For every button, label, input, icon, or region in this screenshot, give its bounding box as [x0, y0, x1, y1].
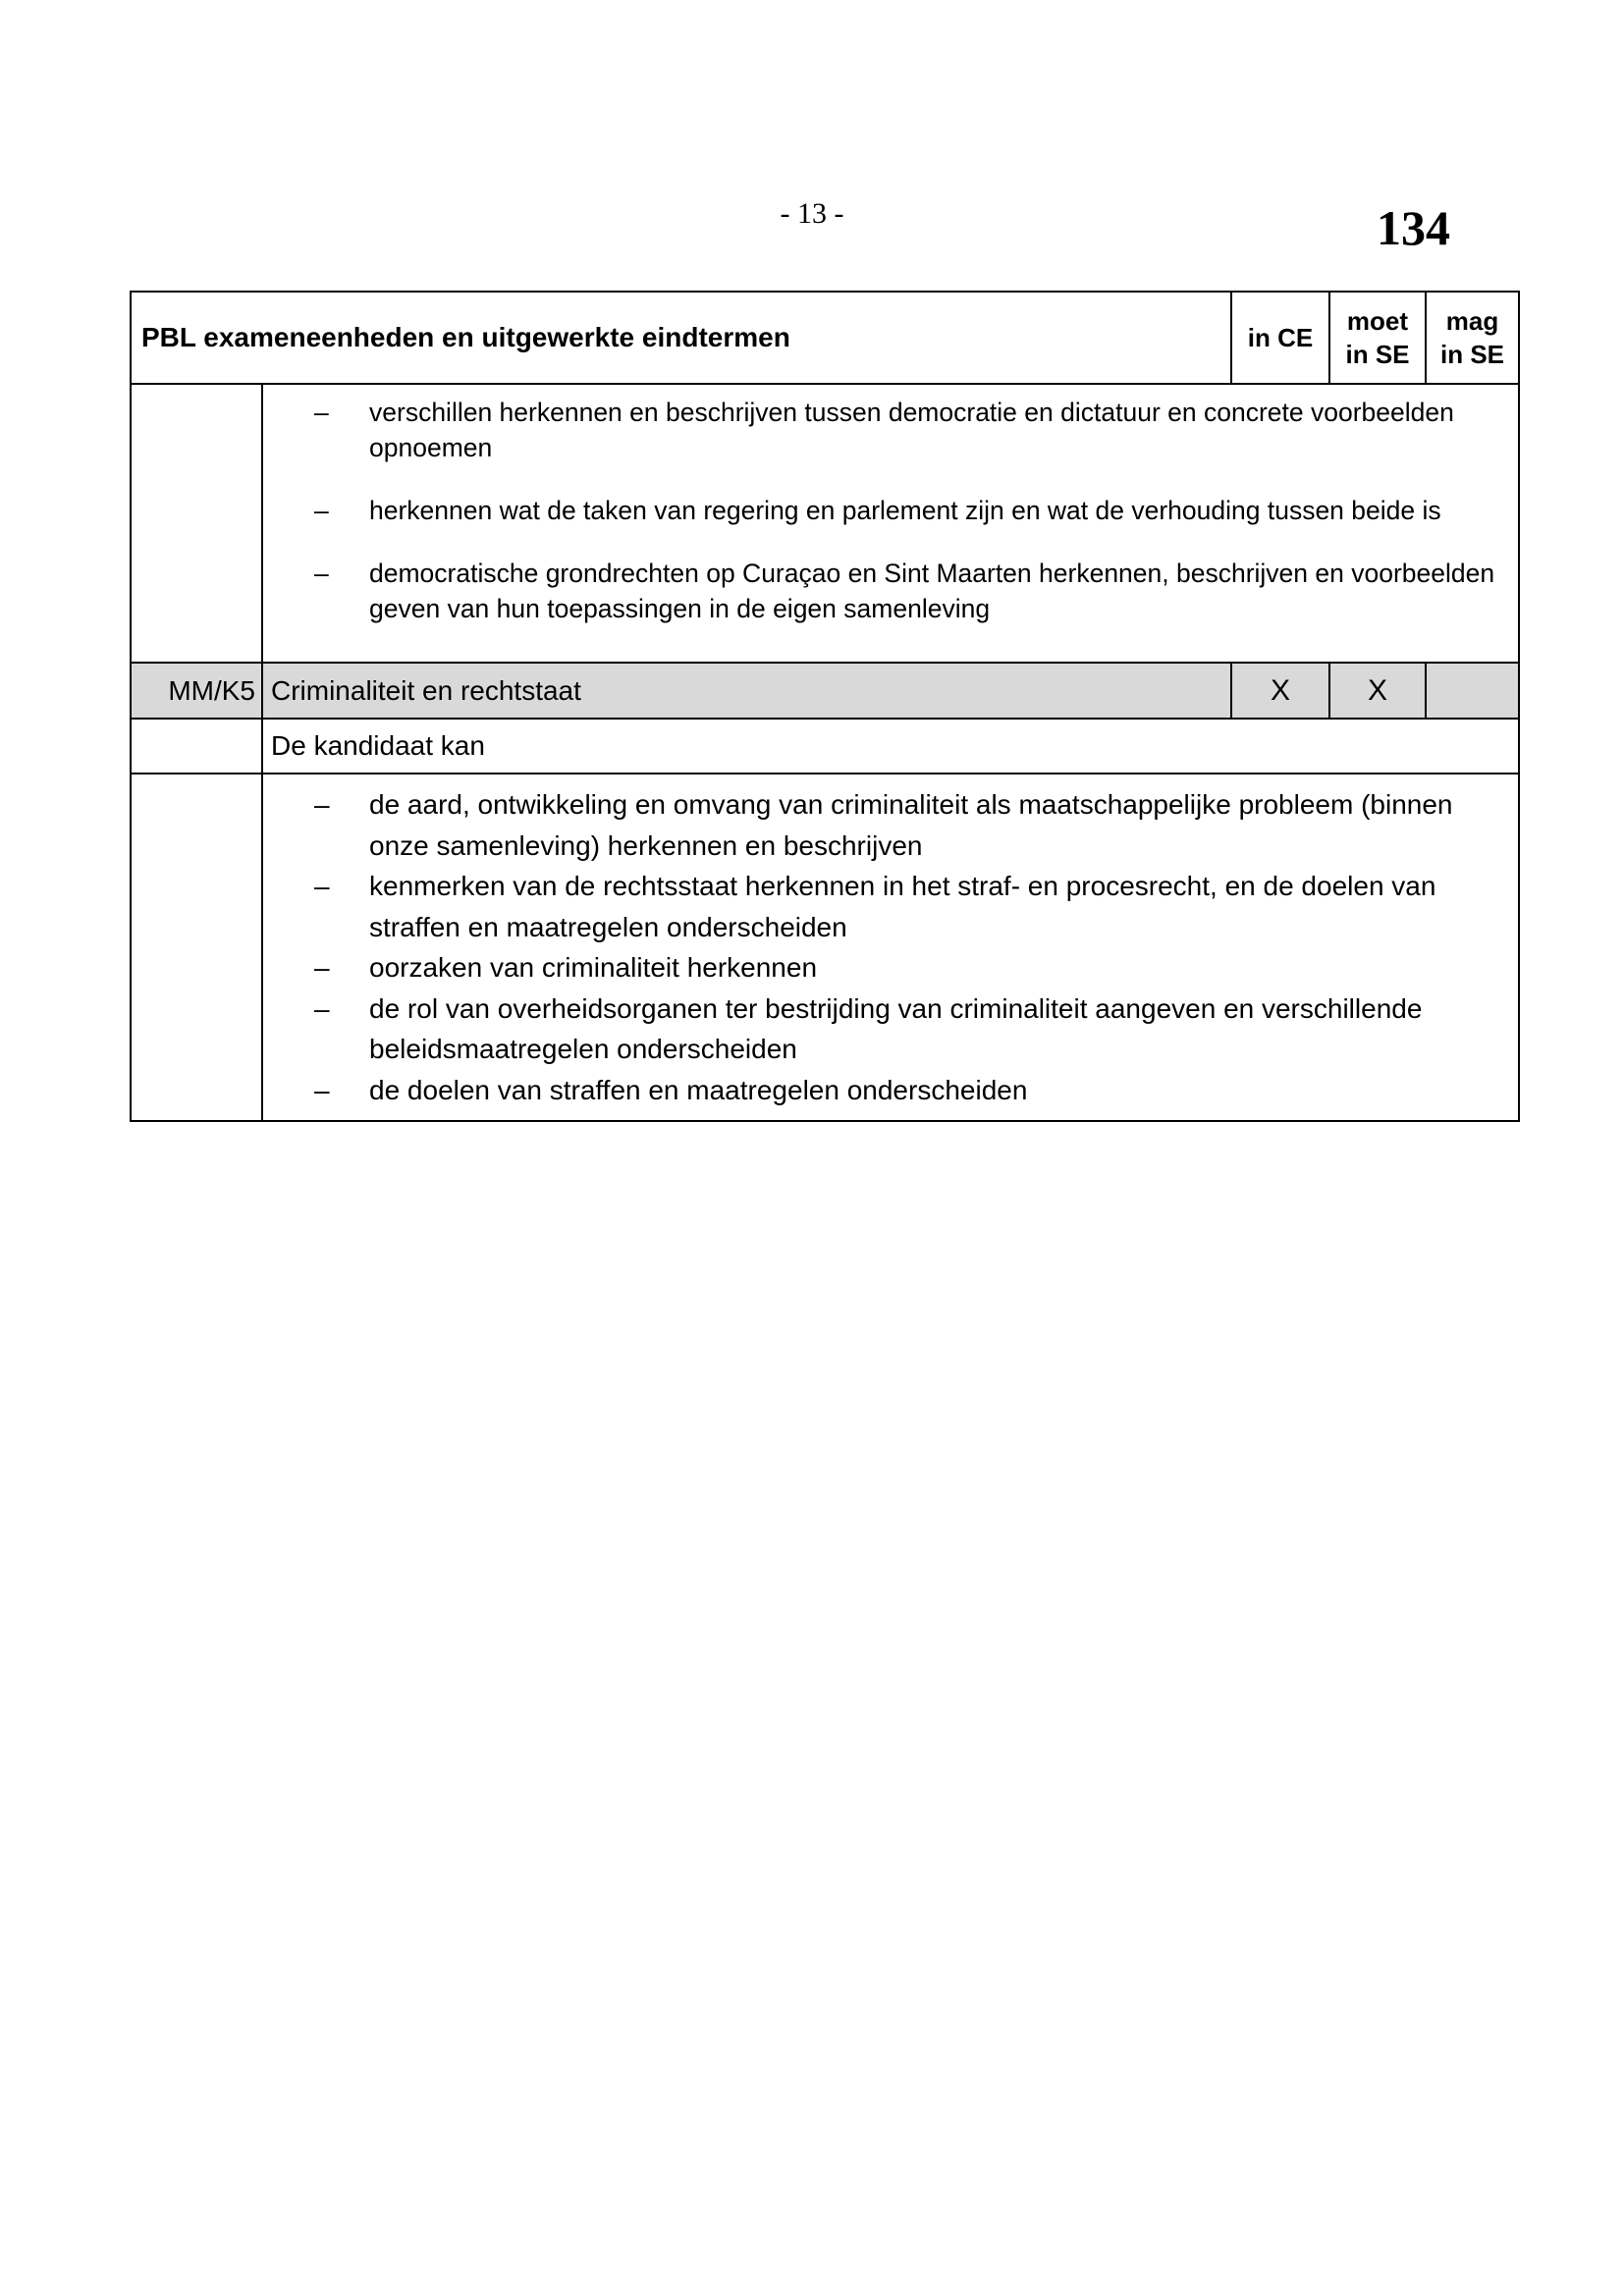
unit-row: MM/K5 Criminaliteit en rechtstaat X X — [132, 664, 1518, 720]
header-in-ce: in CE — [1232, 293, 1328, 383]
dash-bullet-icon: – — [314, 493, 329, 528]
section2-bullet-list: –de aard, ontwikkeling en omvang van cri… — [314, 784, 1506, 1110]
column-divider — [261, 774, 263, 1120]
list-item: –verschillen herkennen en beschrijven tu… — [314, 395, 1506, 465]
column-divider — [261, 385, 263, 662]
list-item: –kenmerken van de rechtsstaat herkennen … — [314, 866, 1506, 947]
dash-bullet-icon: – — [314, 395, 329, 430]
header-mag-in-se: magin SE — [1427, 293, 1518, 383]
section1-bullet-list: –verschillen herkennen en beschrijven tu… — [314, 395, 1506, 654]
dash-bullet-icon: – — [314, 947, 330, 988]
dash-bullet-icon: – — [314, 556, 329, 591]
section2-row: –de aard, ontwikkeling en omvang van cri… — [132, 774, 1518, 1120]
list-item: –de doelen van straffen en maatregelen o… — [314, 1070, 1506, 1111]
document-number: 134 — [1377, 200, 1450, 255]
unit-moet-in-se-mark: X — [1330, 664, 1425, 718]
column-divider — [261, 720, 263, 773]
unit-code: MM/K5 — [132, 664, 255, 718]
intro-row: De kandidaat kan — [132, 720, 1518, 774]
dash-bullet-icon: – — [314, 784, 330, 826]
list-item: –herkennen wat de taken van regering en … — [314, 493, 1506, 528]
header-mag-line2: in SE — [1440, 340, 1504, 369]
column-divider — [261, 664, 263, 718]
dash-bullet-icon: – — [314, 988, 330, 1030]
list-item: –de aard, ontwikkeling en omvang van cri… — [314, 784, 1506, 866]
unit-title: Criminaliteit en rechtstaat — [271, 664, 581, 718]
list-item: –de rol van overheidsorganen ter bestrij… — [314, 988, 1506, 1070]
dash-bullet-icon: – — [314, 1070, 330, 1111]
eindtermen-table: PBL exameneenheden en uitgewerkte eindte… — [130, 291, 1520, 1122]
header-moet-line1: moet — [1347, 306, 1408, 336]
unit-mag-in-se-mark — [1427, 664, 1518, 718]
header-moet-in-se: moetin SE — [1330, 293, 1425, 383]
header-mag-line1: mag — [1446, 306, 1498, 336]
header-moet-line2: in SE — [1345, 340, 1409, 369]
intro-text: De kandidaat kan — [271, 720, 485, 773]
table-header-title: PBL exameneenheden en uitgewerkte eindte… — [141, 293, 790, 383]
unit-in-ce-mark: X — [1232, 664, 1328, 718]
dash-bullet-icon: – — [314, 866, 330, 907]
list-item: –oorzaken van criminaliteit herkennen — [314, 947, 1506, 988]
section1-row: –verschillen herkennen en beschrijven tu… — [132, 385, 1518, 664]
list-item: –democratische grondrechten op Curaçao e… — [314, 556, 1506, 626]
table-header-row: PBL exameneenheden en uitgewerkte eindte… — [132, 293, 1518, 385]
